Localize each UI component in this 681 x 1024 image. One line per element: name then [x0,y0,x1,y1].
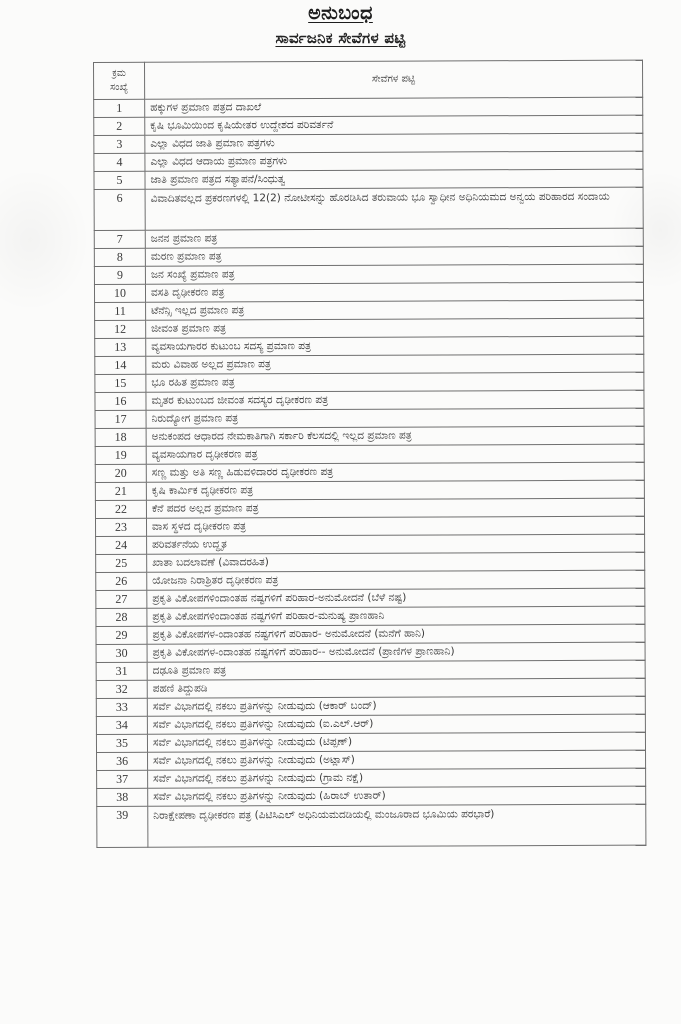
table-row: 19ವ್ಯವಸಾಯಗಾರ ದೃಢೀಕರಣ ಪತ್ರ [95,444,644,464]
service-name-cell: ಜನನ ಪ್ರಮಾಣ ಪತ್ರ [145,228,643,248]
service-name-cell: ಅನುಕಂಪದ ಆಧಾರದ ನೇಮಕಾತಿಗಾಗಿ ಸರ್ಕಾರಿ ಕೆಲಸದಲ… [146,426,644,446]
table-row: 37ಸರ್ವೆ ವಿಭಾಗದಲ್ಲಿ ನಕಲು ಪ್ರತಿಗಳನ್ನು ನೀಡು… [97,768,646,788]
table-row: 26ಯೋಜನಾ ನಿರಾಶ್ರಿತರ ದೃಢೀಕರಣ ಪತ್ರ [96,570,645,590]
service-name-cell: ವ್ಯವಸಾಯಗಾರರ ಕುಟುಂಬ ಸದಸ್ಯ ಪ್ರಮಾಣ ಪತ್ರ [146,336,644,356]
service-name-cell: ಸರ್ವೆ ವಿಭಾಗದಲ್ಲಿ ನಕಲು ಪ್ರತಿಗಳನ್ನು ನೀಡುವು… [148,786,646,806]
document-subtitle: ಸಾರ್ವಜನಿಕ ಸೇವೆಗಳ ಪಟ್ಟಿ [0,29,681,47]
table-row: 22ಕೆನೆ ಪದರ ಅಲ್ಲದ ಪ್ರಮಾಣ ಪತ್ರ [95,498,644,518]
table-row: 33ಸರ್ವೆ ವಿಭಾಗದಲ್ಲಿ ನಕಲು ಪ್ರತಿಗಳನ್ನು ನೀಡು… [96,696,645,716]
serial-number-cell: 38 [97,788,148,806]
service-name-cell: ಸರ್ವೆ ವಿಭಾಗದಲ್ಲಿ ನಕಲು ಪ್ರತಿಗಳನ್ನು ನೀಡುವು… [147,732,645,752]
table-row: 32ಪಹಣಿ ತಿದ್ದುಪಡಿ [96,678,645,698]
serial-number-cell: 17 [95,410,146,428]
serial-number-cell: 6 [94,189,145,230]
service-name-cell: ಯೋಜನಾ ನಿರಾಶ್ರಿತರ ದೃಢೀಕರಣ ಪತ್ರ [147,570,645,590]
service-name-cell: ಪ್ರಕೃತಿ ವಿಕೋಪಗಳಿಂದಾಂತಹ ನಷ್ಟಗಳಿಗೆ ಪರಿಹಾರ-… [147,588,645,608]
serial-number-cell: 12 [95,320,146,338]
service-name-cell: ಜೀವಂತ ಪ್ರಮಾಣ ಪತ್ರ [146,318,644,338]
serial-number-cell: 31 [96,662,147,680]
services-list-header: ಸೇವೆಗಳ ಪಟ್ಟಿ [145,60,643,99]
table-row: 14ಮರು ವಿವಾಹ ಅಲ್ಲದ ಪ್ರಮಾಣ ಪತ್ರ [95,354,644,374]
serial-number-cell: 7 [94,230,145,248]
service-name-cell: ವಿವಾದಿತವಲ್ಲದ ಪ್ರಕರಣಗಳಲ್ಲಿ 12(2) ನೋಟೀಸನ್ನ… [145,187,643,230]
service-name-cell: ಪ್ರಕೃತಿ ವಿಕೋಪಗಳಿಂದಾಂತಹ ನಷ್ಟಗಳಿಗೆ ಪರಿಹಾರ-… [147,606,645,626]
service-name-cell: ಸರ್ವೆ ವಿಭಾಗದಲ್ಲಿ ನಕಲು ಪ್ರತಿಗಳನ್ನು ನೀಡುವು… [148,750,646,770]
service-name-cell: ಪ್ರಕೃತಿ ವಿಕೋಪಗಳ-ಂದಾಂತಹ ನಷ್ಟಗಳಿಗೆ ಪರಿಹಾರ-… [147,642,645,662]
serial-number-cell: 33 [96,698,147,716]
service-name-cell: ಸರ್ವೆ ವಿಭಾಗದಲ್ಲಿ ನಕಲು ಪ್ರತಿಗಳನ್ನು ನೀಡುವು… [148,768,646,788]
serial-number-cell: 9 [94,266,145,284]
service-name-cell: ಮೃತರ ಕುಟುಂಬದ ಜೀವಂತ ಸದಸ್ಯರ ದೃಢೀಕರಣ ಪತ್ರ [146,390,644,410]
table-row: 35ಸರ್ವೆ ವಿಭಾಗದಲ್ಲಿ ನಕಲು ಪ್ರತಿಗಳನ್ನು ನೀಡು… [96,732,645,752]
table-row: 21ಕೃಷಿ ಕಾರ್ಮಿಕ ದೃಢೀಕರಣ ಪತ್ರ [95,480,644,500]
table-row: 20ಸಣ್ಣ ಮತ್ತು ಅತಿ ಸಣ್ಣ ಹಿಡುವಳಿದಾರರ ದೃಢೀಕರ… [95,462,644,482]
table-row: 25ಖಾತಾ ಬದಲಾವಣೆ (ವಿವಾದರಹಿತ) [96,552,645,572]
serial-number-cell: 1 [94,99,145,117]
serial-number-cell: 5 [94,171,145,189]
service-name-cell: ಕೆನೆ ಪದರ ಅಲ್ಲದ ಪ್ರಮಾಣ ಪತ್ರ [146,498,644,518]
table-row: 1ಹಕ್ಕುಗಳ ಪ್ರಮಾಣ ಪತ್ರದ ದಾಖಲೆ [94,97,643,117]
table-row: 18ಅನುಕಂಪದ ಆಧಾರದ ನೇಮಕಾತಿಗಾಗಿ ಸರ್ಕಾರಿ ಕೆಲಸ… [95,426,644,446]
service-name-cell: ಕೃಷಿ ಕಾರ್ಮಿಕ ದೃಢೀಕರಣ ಪತ್ರ [146,480,644,500]
service-name-cell: ವ್ಯವಸಾಯಗಾರ ದೃಢೀಕರಣ ಪತ್ರ [146,444,644,464]
table-row: 38ಸರ್ವೆ ವಿಭಾಗದಲ್ಲಿ ನಕಲು ಪ್ರತಿಗಳನ್ನು ನೀಡು… [97,786,646,806]
table-row: 30ಪ್ರಕೃತಿ ವಿಕೋಪಗಳ-ಂದಾಂತಹ ನಷ್ಟಗಳಿಗೆ ಪರಿಹಾ… [96,642,645,662]
service-name-cell: ಸಣ್ಣ ಮತ್ತು ಅತಿ ಸಣ್ಣ ಹಿಡುವಳಿದಾರರ ದೃಢೀಕರಣ … [146,462,644,482]
table-row: 16ಮೃತರ ಕುಟುಂಬದ ಜೀವಂತ ಸದಸ್ಯರ ದೃಢೀಕರಣ ಪತ್ರ [95,390,644,410]
table-row: 3ಎಲ್ಲಾ ವಿಧದ ಜಾತಿ ಪ್ರಮಾಣ ಪತ್ರಗಳು [94,133,643,153]
serial-number-cell: 23 [95,518,146,536]
table-row: 4ಎಲ್ಲಾ ವಿಧದ ಆದಾಯ ಪ್ರಮಾಣ ಪತ್ರಗಳು [94,151,643,171]
serial-number-cell: 11 [95,302,146,320]
table-row: 27ಪ್ರಕೃತಿ ವಿಕೋಪಗಳಿಂದಾಂತಹ ನಷ್ಟಗಳಿಗೆ ಪರಿಹಾ… [96,588,645,608]
table-row: 13ವ್ಯವಸಾಯಗಾರರ ಕುಟುಂಬ ಸದಸ್ಯ ಪ್ರಮಾಣ ಪತ್ರ [95,336,644,356]
table-row: 11ಟೆನೆನ್ಸಿ ಇಲ್ಲದ ಪ್ರಮಾಣ ಪತ್ರ [95,300,644,320]
table-row: 15ಭೂ ರಹಿತ ಪ್ರಮಾಣ ಪತ್ರ [95,372,644,392]
serial-number-cell: 10 [94,284,145,302]
serial-number-cell: 19 [95,446,146,464]
table-row: 9ಜನ ಸಂಖ್ಯೆ ಪ್ರಮಾಣ ಪತ್ರ [94,264,643,284]
serial-number-cell: 36 [97,752,148,770]
serial-number-cell: 24 [96,536,147,554]
serial-number-cell: 15 [95,374,146,392]
serial-number-cell: 21 [95,482,146,500]
service-name-cell: ಜನ ಸಂಖ್ಯೆ ಪ್ರಮಾಣ ಪತ್ರ [145,264,643,284]
table-row: 2ಕೃಷಿ ಭೂಮಿಯಿಂದ ಕೃಷಿಯೇತರ ಉದ್ದೇಶದ ಪರಿವರ್ತನ… [94,115,643,135]
serial-number-cell: 29 [96,626,147,644]
table-row: 28ಪ್ರಕೃತಿ ವಿಕೋಪಗಳಿಂದಾಂತಹ ನಷ್ಟಗಳಿಗೆ ಪರಿಹಾ… [96,606,645,626]
table-header-row: ಕ್ರಮಸಂಖ್ಯೆ ಸೇವೆಗಳ ಪಟ್ಟಿ [94,60,643,99]
serial-number-cell: 25 [96,554,147,572]
table-row: 29ಪ್ರಕೃತಿ ವಿಕೋಪಗಳ-ಂದಾಂತಹ ನಷ್ಟಗಳಿಗೆ ಪರಿಹಾ… [96,624,645,644]
table-row: 31ದಢೂತಿ ಪ್ರಮಾಣ ಪತ್ರ [96,660,645,680]
service-name-cell: ನಿರುದ್ಯೋಗ ಪ್ರಮಾಣ ಪತ್ರ [146,408,644,428]
service-name-cell: ಎಲ್ಲಾ ವಿಧದ ಆದಾಯ ಪ್ರಮಾಣ ಪತ್ರಗಳು [145,151,643,171]
service-name-cell: ಮರು ವಿವಾಹ ಅಲ್ಲದ ಪ್ರಮಾಣ ಪತ್ರ [146,354,644,374]
serial-number-cell: 16 [95,392,146,410]
serial-number-cell: 28 [96,608,147,626]
service-name-cell: ನಿರಾಕ್ಷೇಪಣಾ ದೃಢೀಕರಣ ಪತ್ರ (ಪಿಟಿಸಿಎಲ್ ಅಧಿನ… [148,804,646,847]
table-row: 24ಪರಿವರ್ತನೆಯ ಉದ್ಧೃತ [96,534,645,554]
table-row: 5ಜಾತಿ ಪ್ರಮಾಣ ಪತ್ರದ ಸತ್ಯಾಪನೆ/ಸಿಂಧುತ್ವ [94,169,643,189]
serial-number-cell: 27 [96,590,147,608]
serial-number-cell: 34 [96,716,147,734]
serial-number-cell: 37 [97,770,148,788]
serial-number-cell: 26 [96,572,147,590]
service-name-cell: ಜಾತಿ ಪ್ರಮಾಣ ಪತ್ರದ ಸತ್ಯಾಪನೆ/ಸಿಂಧುತ್ವ [145,169,643,189]
service-name-cell: ಎಲ್ಲಾ ವಿಧದ ಜಾತಿ ಪ್ರಮಾಣ ಪತ್ರಗಳು [145,133,643,153]
service-name-cell: ಪಹಣಿ ತಿದ್ದುಪಡಿ [147,678,645,698]
table-row: 39ನಿರಾಕ್ಷೇಪಣಾ ದೃಢೀಕರಣ ಪತ್ರ (ಪಿಟಿಸಿಎಲ್ ಅಧ… [97,804,646,847]
service-name-cell: ದಢೂತಿ ಪ್ರಮಾಣ ಪತ್ರ [147,660,645,680]
serial-number-cell: 18 [95,428,146,446]
service-name-cell: ಸರ್ವೆ ವಿಭಾಗದಲ್ಲಿ ನಕಲು ಪ್ರತಿಗಳನ್ನು ನೀಡುವು… [147,714,645,734]
table-row: 17ನಿರುದ್ಯೋಗ ಪ್ರಮಾಣ ಪತ್ರ [95,408,644,428]
serial-number-cell: 32 [96,680,147,698]
serial-number-cell: 30 [96,644,147,662]
serial-number-cell: 14 [95,356,146,374]
serial-number-cell: 13 [95,338,146,356]
service-name-cell: ಸರ್ವೆ ವಿಭಾಗದಲ್ಲಿ ನಕಲು ಪ್ರತಿಗಳನ್ನು ನೀಡುವು… [147,696,645,716]
serial-number-header: ಕ್ರಮಸಂಖ್ಯೆ [94,62,145,99]
services-table: ಕ್ರಮಸಂಖ್ಯೆ ಸೇವೆಗಳ ಪಟ್ಟಿ 1ಹಕ್ಕುಗಳ ಪ್ರಮಾಣ … [93,60,646,848]
serial-number-cell: 8 [94,248,145,266]
service-name-cell: ಕೃಷಿ ಭೂಮಿಯಿಂದ ಕೃಷಿಯೇತರ ಉದ್ದೇಶದ ಪರಿವರ್ತನೆ [145,115,643,135]
serial-number-cell: 20 [95,464,146,482]
service-name-cell: ಹಕ್ಕುಗಳ ಪ್ರಮಾಣ ಪತ್ರದ ದಾಖಲೆ [145,97,643,117]
table-row: 6ವಿವಾದಿತವಲ್ಲದ ಪ್ರಕರಣಗಳಲ್ಲಿ 12(2) ನೋಟೀಸನ್… [94,187,643,230]
service-name-cell: ಟೆನೆನ್ಸಿ ಇಲ್ಲದ ಪ್ರಮಾಣ ಪತ್ರ [146,300,644,320]
serial-number-cell: 2 [94,117,145,135]
table-row: 36ಸರ್ವೆ ವಿಭಾಗದಲ್ಲಿ ನಕಲು ಪ್ರತಿಗಳನ್ನು ನೀಡು… [97,750,646,770]
document-title: ಅನುಬಂಧ [0,2,681,24]
service-name-cell: ಖಾತಾ ಬದಲಾವಣೆ (ವಿವಾದರಹಿತ) [147,552,645,572]
serial-number-cell: 22 [95,500,146,518]
serial-number-cell: 35 [96,734,147,752]
table-body: 1ಹಕ್ಕುಗಳ ಪ್ರಮಾಣ ಪತ್ರದ ದಾಖಲೆ2ಕೃಷಿ ಭೂಮಿಯಿಂ… [94,97,646,847]
service-name-cell: ವಸತಿ ದೃಢೀಕರಣ ಪತ್ರ [145,282,643,302]
table-row: 23ವಾಸ ಸ್ಥಳದ ದೃಢೀಕರಣ ಪತ್ರ [95,516,644,536]
table-row: 12ಜೀವಂತ ಪ್ರಮಾಣ ಪತ್ರ [95,318,644,338]
service-name-cell: ಮರಣ ಪ್ರಮಾಣ ಪತ್ರ [145,246,643,266]
table-row: 7ಜನನ ಪ್ರಮಾಣ ಪತ್ರ [94,228,643,248]
service-name-cell: ಪರಿವರ್ತನೆಯ ಉದ್ಧೃತ [147,534,645,554]
service-name-cell: ಪ್ರಕೃತಿ ವಿಕೋಪಗಳ-ಂದಾಂತಹ ನಷ್ಟಗಳಿಗೆ ಪರಿಹಾರ-… [147,624,645,644]
serial-number-cell: 4 [94,153,145,171]
serial-number-cell: 3 [94,135,145,153]
service-name-cell: ಭೂ ರಹಿತ ಪ್ರಮಾಣ ಪತ್ರ [146,372,644,392]
service-name-cell: ವಾಸ ಸ್ಥಳದ ದೃಢೀಕರಣ ಪತ್ರ [146,516,644,536]
table-row: 34ಸರ್ವೆ ವಿಭಾಗದಲ್ಲಿ ನಕಲು ಪ್ರತಿಗಳನ್ನು ನೀಡು… [96,714,645,734]
table-row: 10ವಸತಿ ದೃಢೀಕರಣ ಪತ್ರ [94,282,643,302]
table-row: 8ಮರಣ ಪ್ರಮಾಣ ಪತ್ರ [94,246,643,266]
serial-number-cell: 39 [97,806,148,847]
